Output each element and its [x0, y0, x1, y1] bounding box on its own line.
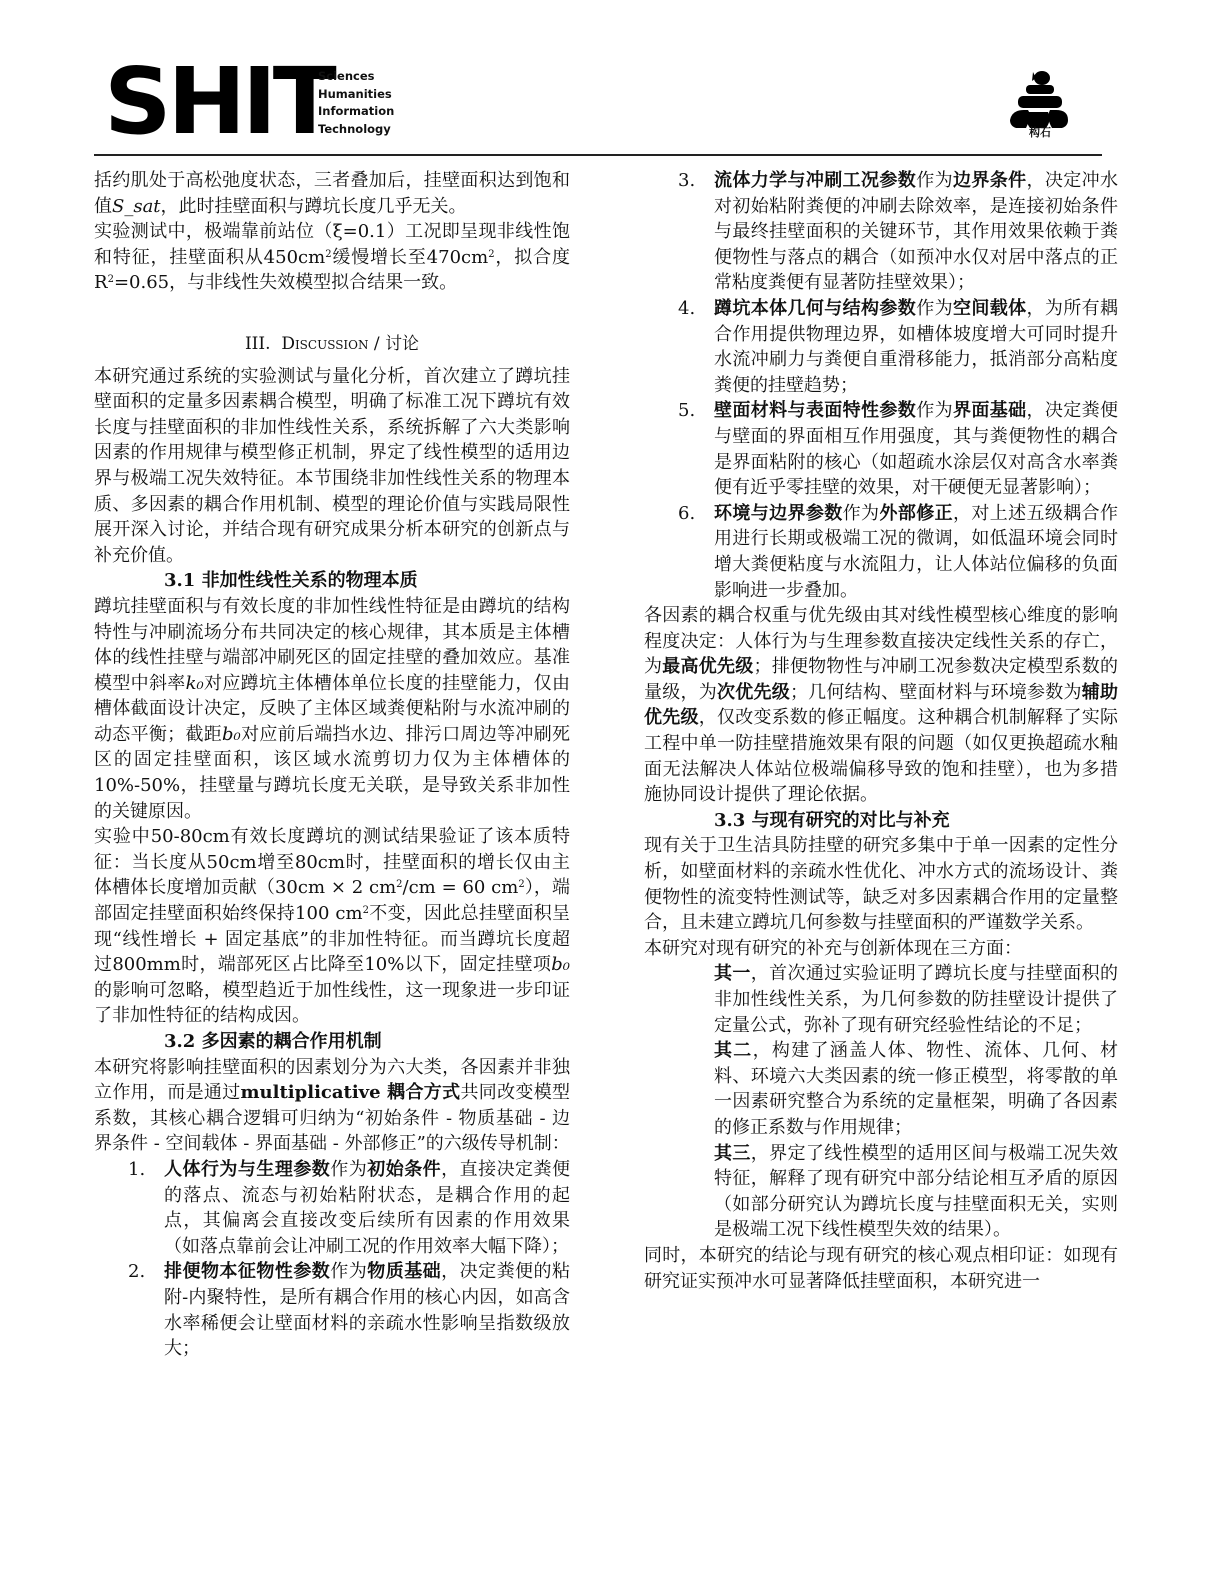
page-header: SHIT Sciences Humanities Information Tec…: [94, 62, 1102, 156]
list-item: 1.人体行为与生理参数作为初始条件，直接决定粪便的落点、流态与初始粘附状态，是耦…: [94, 1157, 570, 1259]
subsection-heading: 3.3 与现有研究的对比与补充: [714, 808, 1118, 834]
subsection-heading: 3.1 非加性线性关系的物理本质: [164, 568, 570, 594]
section-heading: III. Discussion / 讨论: [94, 332, 570, 358]
math-var: S_sat: [112, 196, 161, 217]
logo-sub-line: Humanities: [318, 86, 394, 104]
paragraph: 本研究通过系统的实验测试与量化分析，首次建立了蹲坑挂壁面积的定量多因素耦合模型，…: [94, 364, 570, 569]
list-item: 3.流体力学与冲刷工况参数作为边界条件，决定冲水对初始粘附粪便的冲刷去除效率，是…: [644, 168, 1118, 296]
paragraph: 现有关于卫生洁具防挂壁的研究多集中于单一因素的定性分析，如壁面材料的亲疏水性优化…: [644, 833, 1118, 935]
factor-list: 1.人体行为与生理参数作为初始条件，直接决定粪便的落点、流态与初始粘附状态，是耦…: [94, 1157, 570, 1362]
right-column: 3.流体力学与冲刷工况参数作为边界条件，决定冲水对初始粘附粪便的冲刷去除效率，是…: [644, 168, 1118, 1294]
left-column: 括约肌处于高松弛度状态，三者叠加后，挂壁面积达到饱和值S_sat，此时挂壁面积与…: [94, 168, 570, 1362]
list-item: 5.壁面材料与表面特性参数作为界面基础，决定粪便与壁面的界面相互作用强度，其与粪…: [644, 398, 1118, 500]
paragraph: 实验测试中，极端靠前站位（ξ=0.1）工况即呈现非线性饱和特征，挂壁面积从450…: [94, 219, 570, 296]
header-divider: [94, 154, 1102, 156]
list-item: 6.环境与边界参数作为外部修正，对上述五级耦合作用进行长期或极端工况的微调，如低…: [644, 501, 1118, 603]
logo-sub-line: Sciences: [318, 68, 394, 86]
journal-logo: SHIT: [104, 62, 333, 142]
innovation-point: 其二，构建了涵盖人体、物性、流体、几何、材料、环境六大类因素的统一修正模型，将零…: [644, 1038, 1118, 1140]
list-item: 4.蹲坑本体几何与结构参数作为空间载体，为所有耦合作用提供物理边界，如槽体坡度增…: [644, 296, 1118, 398]
paragraph: 括约肌处于高松弛度状态，三者叠加后，挂壁面积达到饱和值S_sat，此时挂壁面积与…: [94, 168, 570, 219]
list-item: 2.排便物本征物性参数作为物质基础，决定粪便的粘附-内聚特性，是所有耦合作用的核…: [94, 1259, 570, 1361]
subsection-heading: 3.2 多因素的耦合作用机制: [164, 1029, 570, 1055]
factor-list: 3.流体力学与冲刷工况参数作为边界条件，决定冲水对初始粘附粪便的冲刷去除效率，是…: [644, 168, 1118, 603]
mascot-label: 构石: [1012, 124, 1068, 140]
paragraph: 同时，本研究的结论与现有研究的核心观点相印证：如现有研究证实预冲水可显著降低挂壁…: [644, 1243, 1118, 1294]
logo-sub-line: Information: [318, 103, 394, 121]
paragraph: 实验中50-80cm有效长度蹲坑的测试结果验证了该本质特征：当长度从50cm增至…: [94, 824, 570, 1029]
innovation-point: 其一，首次通过实验证明了蹲坑长度与挂壁面积的非加性线性关系，为几何参数的防挂壁设…: [644, 961, 1118, 1038]
paragraph: 蹲坑挂壁面积与有效长度的非加性线性特征是由蹲坑的结构特性与冲刷流场分布共同决定的…: [94, 594, 570, 824]
innovation-point: 其三，界定了线性模型的适用区间与极端工况失效特征，解释了现有研究中部分结论相互矛…: [644, 1141, 1118, 1243]
paragraph: 各因素的耦合权重与优先级由其对线性模型核心维度的影响程度决定：人体行为与生理参数…: [644, 603, 1118, 808]
logo-sub-line: Technology: [318, 121, 394, 139]
paragraph: 本研究对现有研究的补充与创新体现在三方面：: [644, 936, 1118, 962]
journal-logo-subtitle: Sciences Humanities Information Technolo…: [318, 68, 394, 138]
paragraph: 本研究将影响挂壁面积的因素划分为六大类，各因素并非独立作用，而是通过multip…: [94, 1055, 570, 1157]
